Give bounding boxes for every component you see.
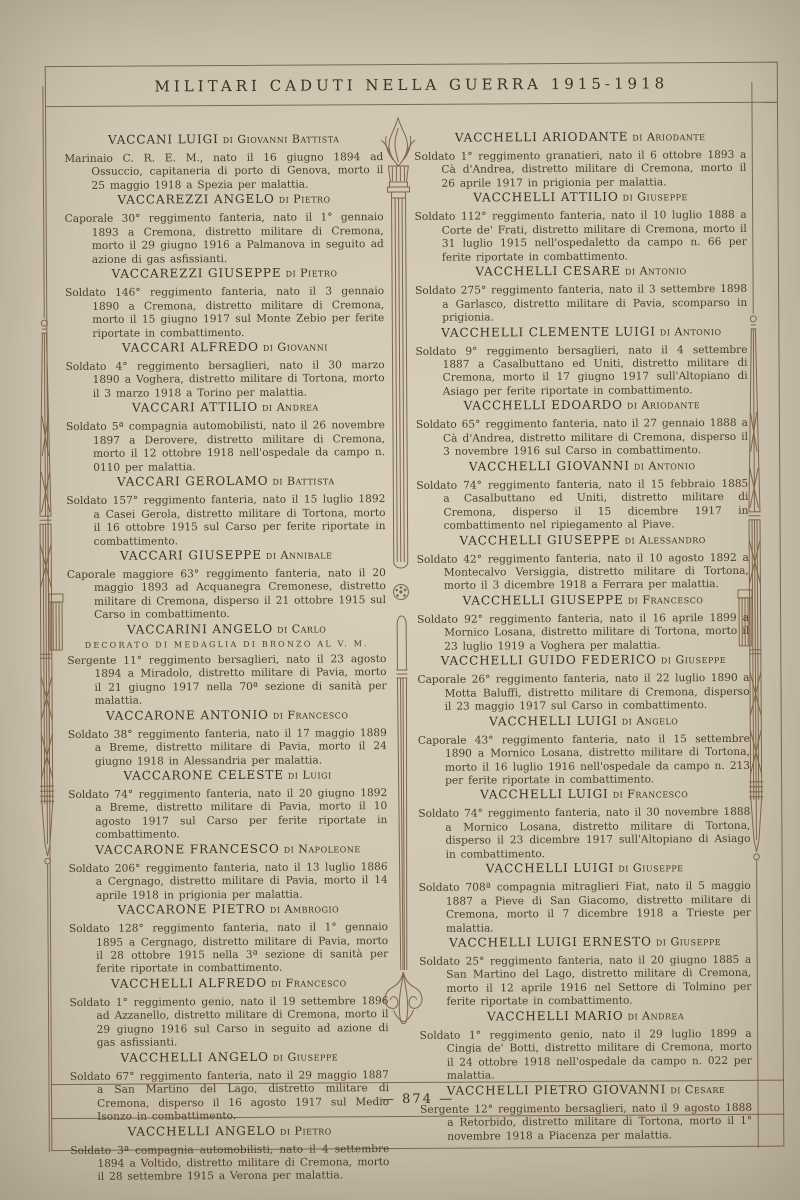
soldier-name-heading: VACCHELLI GUIDO FEDERICO di Giuseppe	[417, 652, 749, 668]
soldier-name-heading: VACCHELLI LUIGI di Francesco	[418, 786, 750, 802]
soldier-record-text: Soldato 112° reggimento fanteria, nato i…	[415, 209, 747, 265]
soldier-name-heading: VACCARINI ANGELO di Carlo	[67, 621, 386, 637]
soldier-record-text: Soldato 708ª compagnia mitraglieri Fiat,…	[419, 880, 751, 936]
soldier-name-heading: VACCARONE FRANCESCO di Napoleone	[68, 841, 387, 857]
soldier-record-text: Soldato 38° reggimento fanteria, nato il…	[68, 727, 387, 769]
soldier-entry: VACCHELLI LUIGI di AngeloCaporale 43° re…	[418, 712, 750, 788]
soldier-record-text: Sergente 11° reggimento bersaglieri, nat…	[67, 653, 386, 709]
soldier-entry: VACCARI ALFREDO di GiovanniSoldato 4° re…	[65, 339, 384, 401]
soldier-record-text: Soldato 157° reggimento fanteria, nato i…	[66, 493, 385, 549]
soldier-name-heading: VACCHELLI ANGELO di Pietro	[70, 1123, 389, 1139]
decoration-line: DECORATO DI MEDAGLIA DI BRONZO AL V. M.	[67, 639, 386, 650]
soldier-record-text: Caporale 26° reggimento fanteria, nato i…	[417, 672, 749, 714]
column-left: VACCANI LUIGI di Giovanni BattistaMarina…	[64, 131, 389, 1080]
soldier-name-heading: VACCARI GIUSEPPE di Annibale	[67, 547, 386, 563]
soldier-name-heading: VACCHELLI ARIODANTE di Ariodante	[414, 129, 746, 145]
soldier-name-heading: VACCHELLI MARIO di Andrea	[420, 1008, 752, 1024]
soldier-name-heading: VACCHELLI CESARE di Antonio	[415, 263, 747, 279]
soldier-entry: VACCHELLI ARIODANTE di AriodanteSoldato …	[414, 129, 746, 191]
soldier-record-text: Soldato 25° reggimento fanteria, nato il…	[419, 954, 751, 1010]
soldier-record-text: Soldato 146° reggimento fanteria, nato i…	[65, 285, 384, 341]
column-right: VACCHELLI ARIODANTE di AriodanteSoldato …	[414, 129, 752, 1078]
soldier-record-text: Soldato 92° reggimento fanteria, nato il…	[417, 612, 749, 654]
soldier-record-text: Caporale 43° reggimento fanteria, nato i…	[418, 732, 750, 788]
soldier-record-text: Soldato 128° reggimento fanteria, nato i…	[69, 921, 388, 977]
soldier-name-heading: VACCAREZZI ANGELO di Pietro	[65, 191, 384, 207]
soldier-entry: VACCARONE FRANCESCO di NapoleoneSoldato …	[68, 841, 387, 903]
soldier-entry: VACCHELLI GIUSEPPE di FrancescoSoldato 9…	[417, 592, 749, 654]
soldier-entry: VACCHELLI ALFREDO di FrancescoSoldato 1°…	[69, 975, 388, 1051]
soldier-name-heading: VACCARI ATTILIO di Andrea	[66, 399, 385, 415]
soldier-name-heading: VACCHELLI GIUSEPPE di Francesco	[417, 592, 749, 608]
soldier-entry: VACCAREZZI ANGELO di PietroCaporale 30° …	[65, 191, 384, 267]
soldier-record-text: Marinaio C. R. E. M., nato il 16 giugno …	[64, 151, 383, 193]
soldier-record-text: Soldato 42° reggimento fanteria, nato il…	[417, 551, 749, 593]
soldier-entry: VACCARONE PIETRO di AmbrogioSoldato 128°…	[69, 901, 388, 977]
footer-band: — 874 —	[51, 1080, 784, 1119]
soldier-name-heading: VACCARONE PIETRO di Ambrogio	[69, 901, 388, 917]
soldier-record-text: Caporale 30° reggimento fanteria, nato i…	[65, 211, 384, 267]
soldier-record-text: Soldato 74° reggimento fanteria, nato il…	[418, 806, 750, 862]
soldier-entry: VACCHELLI ANGELO di PietroSoldato 3ª com…	[70, 1123, 389, 1185]
soldier-record-text: Soldato 3ª compagnia automobilisti, nato…	[70, 1143, 389, 1185]
soldier-entry: VACCARINI ANGELO di CarloDECORATO DI MED…	[67, 621, 387, 709]
soldier-entry: VACCHELLI MARIO di AndreaSoldato 1° regg…	[420, 1008, 752, 1084]
soldier-entry: VACCARI ATTILIO di AndreaSoldato 5ª comp…	[66, 399, 385, 475]
soldier-entry: VACCHELLI GUIDO FEDERICO di GiuseppeCapo…	[417, 652, 749, 714]
soldier-name-heading: VACCHELLI ANGELO di Giuseppe	[70, 1049, 389, 1065]
soldier-entry: VACCARI GIUSEPPE di AnnibaleCaporale mag…	[67, 547, 386, 623]
soldier-entry: VACCHELLI GIOVANNI di AntonioSoldato 74°…	[416, 458, 748, 534]
soldier-entry: VACCARONE CELESTE di LuigiSoldato 74° re…	[68, 767, 387, 843]
soldier-name-heading: VACCHELLI LUIGI di Angelo	[418, 712, 750, 728]
page-content: MILITARI CADUTI NELLA GUERRA 1915-1918	[0, 0, 800, 1200]
soldier-record-text: Soldato 5ª compagnia automobilisti, nato…	[66, 419, 385, 475]
soldier-record-text: Soldato 1° reggimento genio, nato il 29 …	[420, 1028, 752, 1084]
soldier-name-heading: VACCHELLI ALFREDO di Francesco	[69, 975, 388, 991]
page-number: — 874 —	[381, 1092, 454, 1107]
soldier-entry: VACCHELLI LUIGI di GiuseppeSoldato 708ª …	[419, 860, 751, 936]
soldier-record-text: Soldato 1° reggimento genio, nato il 19 …	[69, 995, 388, 1051]
soldier-name-heading: VACCHELLI LUIGI ERNESTO di Giuseppe	[419, 934, 751, 950]
soldier-name-heading: VACCARONE ANTONIO di Francesco	[68, 707, 387, 723]
running-head-band: MILITARI CADUTI NELLA GUERRA 1915-1918	[46, 63, 777, 107]
soldier-record-text: Soldato 275° reggimento fanteria, nato i…	[415, 283, 747, 325]
soldier-name-heading: VACCARI ALFREDO di Giovanni	[65, 339, 384, 355]
soldier-record-text: Soldato 1° reggimento granatieri, nato i…	[414, 149, 746, 191]
soldier-name-heading: VACCARI GEROLAMO di Battista	[66, 473, 385, 489]
soldier-entry: VACCAREZZI GIUSEPPE di PietroSoldato 146…	[65, 265, 384, 341]
soldier-entry: VACCARONE ANTONIO di FrancescoSoldato 38…	[68, 707, 387, 769]
left-fasces-lance-ornament	[25, 86, 68, 1156]
soldier-record-text: Soldato 206° reggimento fanteria, nato i…	[69, 861, 388, 903]
soldier-entry: VACCANI LUIGI di Giovanni BattistaMarina…	[64, 131, 383, 193]
soldier-name-heading: VACCHELLI ATTILIO di Giuseppe	[415, 189, 747, 205]
soldier-record-text: Soldato 65° reggimento fanteria, nato il…	[416, 417, 748, 459]
soldier-record-text: Caporale maggiore 63° reggimento fanteri…	[67, 567, 386, 623]
soldier-entry: VACCARI GEROLAMO di BattistaSoldato 157°…	[66, 473, 385, 549]
soldier-name-heading: VACCHELLI CLEMENTE LUIGI di Antonio	[415, 323, 747, 339]
soldier-entry: VACCHELLI ATTILIO di GiuseppeSoldato 112…	[415, 189, 747, 265]
soldier-entry: VACCHELLI GIUSEPPE di AlessandroSoldato …	[417, 531, 749, 593]
soldier-entry: VACCHELLI CESARE di AntonioSoldato 275° …	[415, 263, 747, 325]
soldier-name-heading: VACCAREZZI GIUSEPPE di Pietro	[65, 265, 384, 281]
page-title: MILITARI CADUTI NELLA GUERRA 1915-1918	[154, 74, 668, 95]
soldier-entry: VACCHELLI EDOARDO di AriodanteSoldato 65…	[416, 397, 748, 459]
soldier-record-text: Soldato 4° reggimento bersaglieri, nato …	[66, 359, 385, 401]
soldier-name-heading: VACCANI LUIGI di Giovanni Battista	[64, 131, 383, 147]
soldier-name-heading: VACCHELLI LUIGI di Giuseppe	[419, 860, 751, 876]
soldier-record-text: Soldato 9° reggimento bersaglieri, nato …	[415, 343, 747, 399]
soldier-entry: VACCHELLI CLEMENTE LUIGI di AntonioSolda…	[415, 323, 747, 399]
soldier-name-heading: VACCHELLI GIOVANNI di Antonio	[416, 458, 748, 474]
soldier-name-heading: VACCHELLI GIUSEPPE di Alessandro	[417, 531, 749, 547]
soldier-entry: VACCHELLI LUIGI ERNESTO di GiuseppeSolda…	[419, 934, 751, 1010]
soldier-entry: VACCHELLI LUIGI di FrancescoSoldato 74° …	[418, 786, 750, 862]
soldier-record-text: Soldato 74° reggimento fanteria, nato il…	[416, 478, 748, 534]
soldier-record-text: Soldato 74° reggimento fanteria, nato il…	[68, 787, 387, 843]
soldier-name-heading: VACCHELLI EDOARDO di Ariodante	[416, 397, 748, 413]
soldier-name-heading: VACCARONE CELESTE di Luigi	[68, 767, 387, 783]
